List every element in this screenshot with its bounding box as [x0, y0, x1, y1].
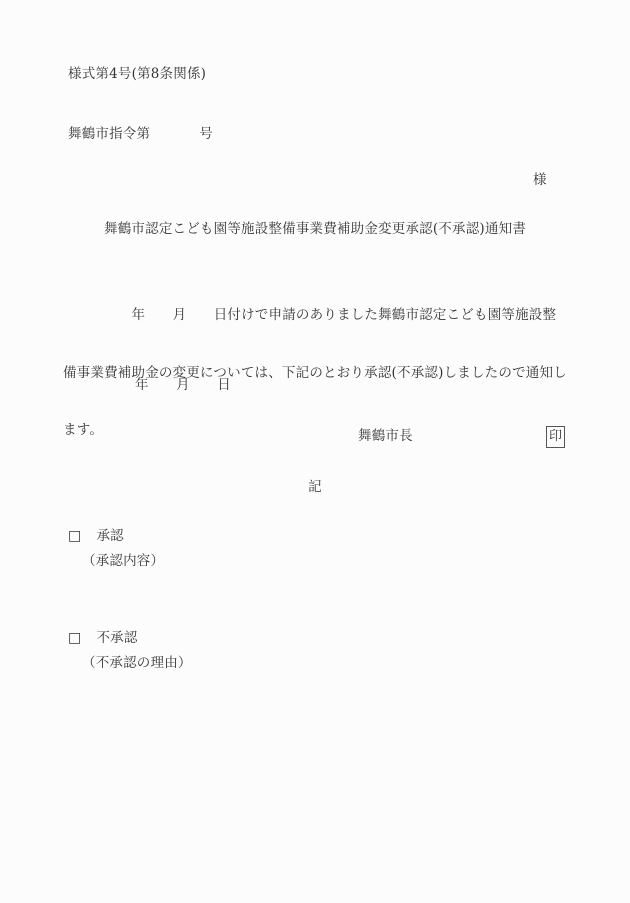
issue-date-line: 年 月 日: [135, 377, 231, 394]
form-number: 様式第4号(第8条関係): [68, 66, 206, 83]
document-page: 様式第4号(第8条関係) 舞鶴市指令第号 様 舞鶴市認定こども園等施設整備事業費…: [0, 0, 630, 903]
body-line-1: 年 月 日付けで申請のありました舞鶴市認定こども園等施設整: [63, 304, 575, 328]
disapproval-checkbox[interactable]: □: [68, 630, 81, 647]
disapproval-row: □ 不承認: [68, 630, 138, 647]
approval-label: 承認: [96, 528, 123, 545]
approval-detail-label: （承認内容）: [82, 553, 164, 570]
approval-checkbox[interactable]: □: [68, 528, 81, 545]
document-title: 舞鶴市認定こども園等施設整備事業費補助金変更承認(不承認)通知書: [0, 221, 630, 238]
directive-number-prefix: 舞鶴市指令第: [68, 126, 150, 142]
issuer-name: 舞鶴市長: [358, 428, 413, 445]
addressee-honorific: 様: [533, 172, 547, 189]
body-paragraph: 年 月 日付けで申請のありました舞鶴市認定こども園等施設整 備事業費補助金の変更…: [63, 270, 575, 477]
disapproval-label: 不承認: [96, 630, 137, 647]
section-marker: 記: [0, 479, 630, 496]
disapproval-detail-label: （不承認の理由）: [82, 655, 192, 672]
directive-number-line: 舞鶴市指令第号: [68, 126, 213, 143]
directive-number-suffix: 号: [199, 126, 213, 142]
body-line-3: ます。: [63, 419, 575, 443]
official-seal-placeholder: 印: [546, 426, 565, 448]
approval-row: □ 承認: [68, 528, 124, 545]
